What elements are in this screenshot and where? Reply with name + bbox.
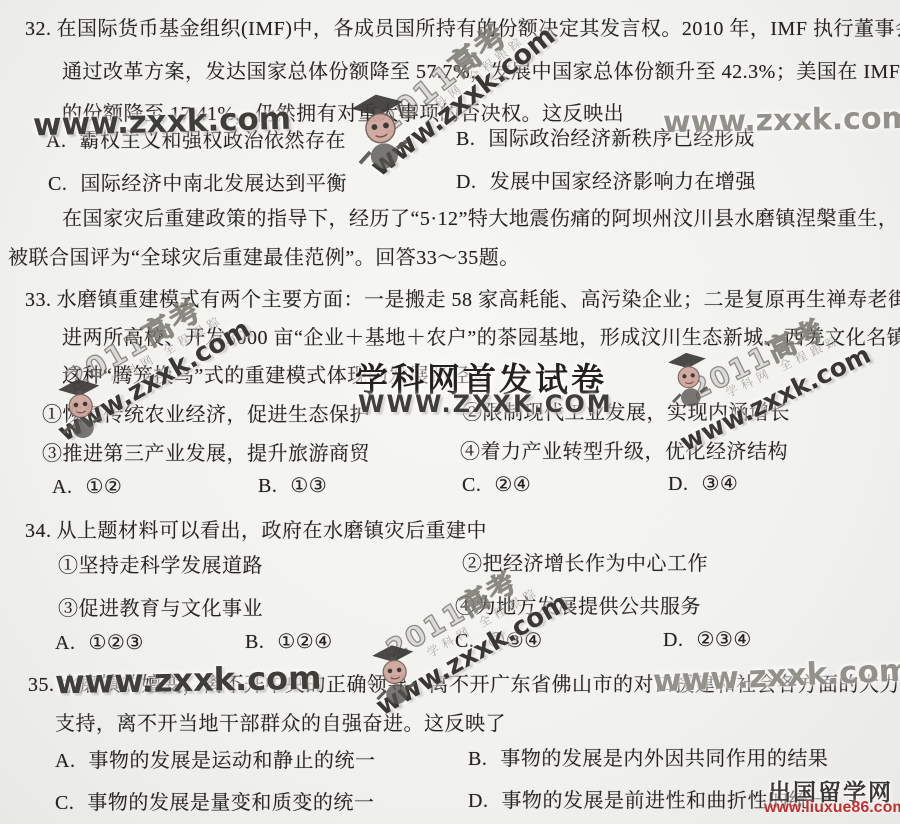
- q35-option-b: B.事物的发展是内外因共同作用的结果: [468, 742, 828, 771]
- q33-option-a: A.①②: [52, 474, 122, 499]
- question-35-number: 35.: [28, 674, 55, 696]
- zxxk-mascot-icon: [665, 348, 713, 412]
- question-34-stem: 34.从上题材料可以看出，政府在水磨镇灾后重建中: [25, 514, 487, 543]
- liuxue86-site-url: www.liuxue86.com: [764, 799, 900, 817]
- q33-option-d: D.③④: [668, 471, 738, 496]
- q33-item-4: ④着力产业转型升级，优化经济结构: [460, 435, 788, 464]
- q32-option-d: D.发展中国家经济影响力在增强: [456, 165, 756, 194]
- q34-item-3: ③促进教育与文化事业: [58, 592, 263, 621]
- q33-item-3: ③推进第三产业发展，提升旅游商贸: [42, 437, 370, 466]
- question-35-line-2: 支持，离不开当地干部群众的自强奋进。这反映了: [55, 707, 506, 736]
- q35-option-a: A.事物的发展是运动和静止的统一: [55, 744, 375, 773]
- zxxk-watermark-banner-url: WWW.ZXXK.COM: [358, 390, 613, 418]
- q34-option-a: A.①②③: [55, 630, 144, 655]
- question-34-text: 从上题材料可以看出，政府在水磨镇灾后重建中: [57, 520, 488, 542]
- q33-option-c: C.②④: [462, 472, 531, 497]
- scanned-exam-page: 32.在国际货币基金组织(IMF)中，各成员国所持有的份额决定其发言权。2010…: [0, 0, 900, 824]
- zxxk-watermark-top-right: www.zxxk.com: [663, 101, 900, 140]
- intro-line-1: 在国家灾后重建政策的指导下，经历了“5·12”特大地震伤痛的阿坝州汶川县水磨镇涅…: [62, 202, 898, 231]
- zxxk-mascot-icon: [55, 374, 108, 444]
- question-32-number: 32.: [25, 18, 52, 40]
- question-33-number: 33.: [25, 289, 52, 311]
- q35-option-c: C.事物的发展是量变和质变的统一: [55, 786, 374, 815]
- zxxk-mascot-icon: [369, 640, 422, 710]
- q34-item-1: ①坚持走科学发展道路: [58, 549, 263, 578]
- q33-option-b: B.①③: [258, 473, 327, 498]
- intro-line-2: 被联合国评为“全球灾后重建最佳范例”。回答33～35题。: [8, 241, 520, 270]
- zxxk-watermark-bottom-left: www.zxxk.com: [55, 659, 322, 702]
- zxxk-watermark-top-left: www.zxxk.com: [33, 101, 292, 144]
- question-34-number: 34.: [25, 520, 52, 542]
- q34-option-b: B.①②④: [245, 629, 333, 654]
- q32-option-c: C.国际经济中南北发展达到平衡: [48, 167, 347, 196]
- q34-option-d: D.②③④: [663, 627, 752, 652]
- zxxk-mascot-icon: [347, 88, 416, 175]
